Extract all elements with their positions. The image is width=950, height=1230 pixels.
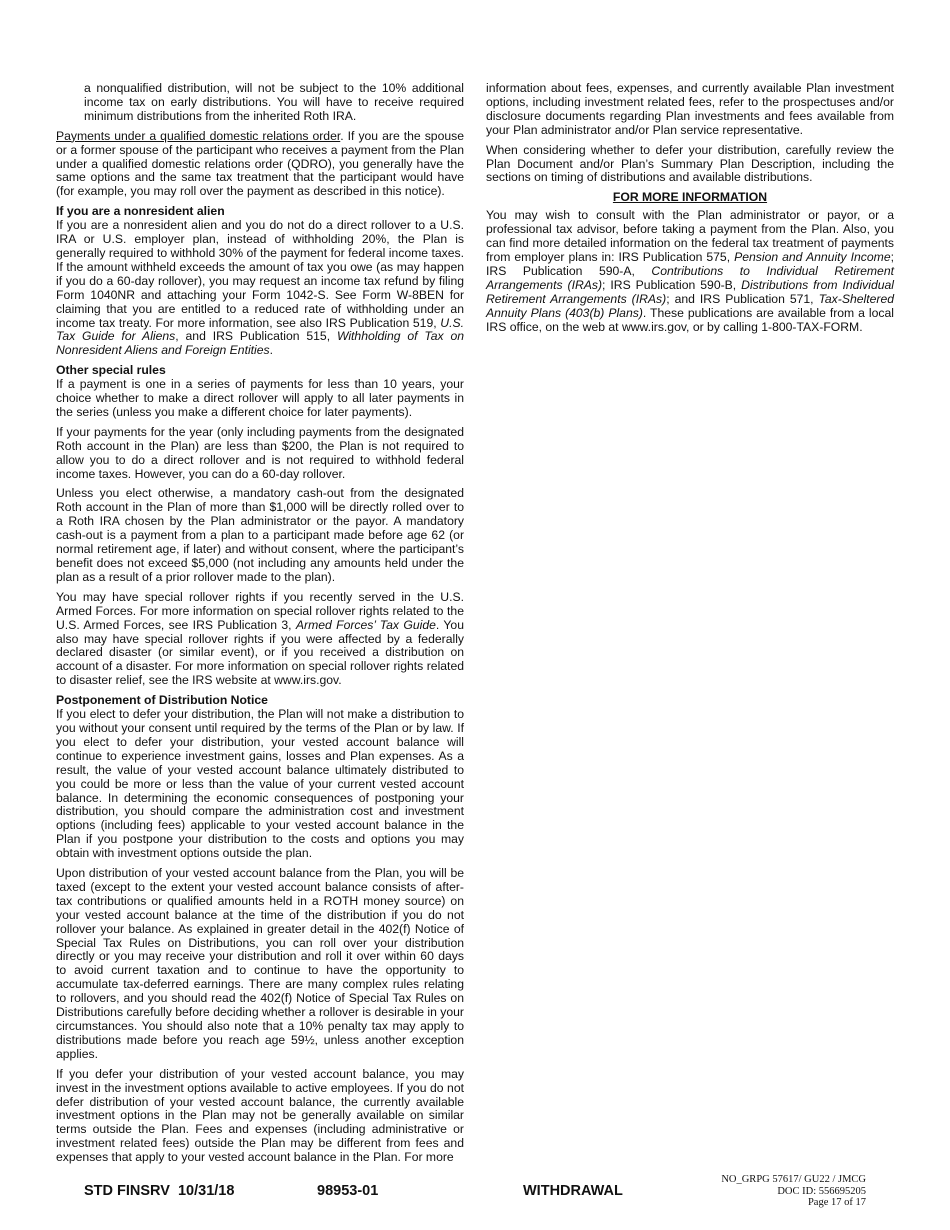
nonresident-text-b: , and IRS Publication 515, — [175, 329, 337, 343]
pub575-title: Pension and Annuity Income — [734, 250, 891, 264]
more-info-paragraph: You may wish to consult with the Plan ad… — [486, 209, 894, 334]
roth-continuation-paragraph: a nonqualified distribution, will not be… — [56, 82, 464, 124]
more-info-text-c: ; IRS Publication 590-B, — [602, 278, 741, 292]
postponement-heading: Postponement of Distribution Notice — [56, 694, 464, 708]
footer-group-code: NO_GRPG 57617/ GU22 / JMCG — [721, 1174, 866, 1186]
left-column: a nonqualified distribution, will not be… — [56, 82, 464, 1171]
nonresident-paragraph: If you are a nonresident alien and you d… — [56, 219, 464, 358]
footer-title: WITHDRAWAL — [523, 1183, 623, 1199]
pub3-title: Armed Forces’ Tax Guide — [296, 618, 436, 632]
right-column: information about fees, expenses, and cu… — [486, 82, 894, 340]
consider-deferral-paragraph: When considering whether to defer your d… — [486, 144, 894, 186]
fees-continuation-paragraph: information about fees, expenses, and cu… — [486, 82, 894, 138]
footer-form-id: STD FINSRV 10/31/18 — [84, 1183, 234, 1199]
footer-doc-id: DOC ID: 556695205 — [721, 1186, 866, 1198]
postponement-paragraph-2: Upon distribution of your vested account… — [56, 867, 464, 1062]
special-rules-heading: Other special rules — [56, 364, 464, 378]
qdro-paragraph: Payments under a qualified domestic rela… — [56, 130, 464, 200]
document-page: a nonqualified distribution, will not be… — [0, 0, 950, 1230]
nonresident-heading: If you are a nonresident alien — [56, 205, 464, 219]
series-payments-paragraph: If a payment is one in a series of payme… — [56, 378, 464, 420]
postponement-paragraph-1: If you elect to defer your distribution,… — [56, 708, 464, 861]
mandatory-cashout-paragraph: Unless you elect otherwise, a mandatory … — [56, 487, 464, 584]
qdro-title: Payments under a qualified domestic rela… — [56, 129, 340, 143]
postponement-paragraph-3: If you defer your distribution of your v… — [56, 1068, 464, 1165]
more-info-text-d: ; and IRS Publication 571, — [666, 292, 818, 306]
nonresident-text: If you are a nonresident alien and you d… — [56, 218, 464, 329]
more-info-heading: FOR MORE INFORMATION — [486, 191, 894, 205]
footer-page-number: Page 17 of 17 — [721, 1197, 866, 1209]
armed-forces-paragraph: You may have special rollover rights if … — [56, 591, 464, 688]
under-200-paragraph: If your payments for the year (only incl… — [56, 426, 464, 482]
footer-form-code: 98953-01 — [317, 1183, 378, 1199]
nonresident-text-c: . — [270, 343, 273, 357]
footer-meta: NO_GRPG 57617/ GU22 / JMCG DOC ID: 55669… — [721, 1174, 866, 1209]
